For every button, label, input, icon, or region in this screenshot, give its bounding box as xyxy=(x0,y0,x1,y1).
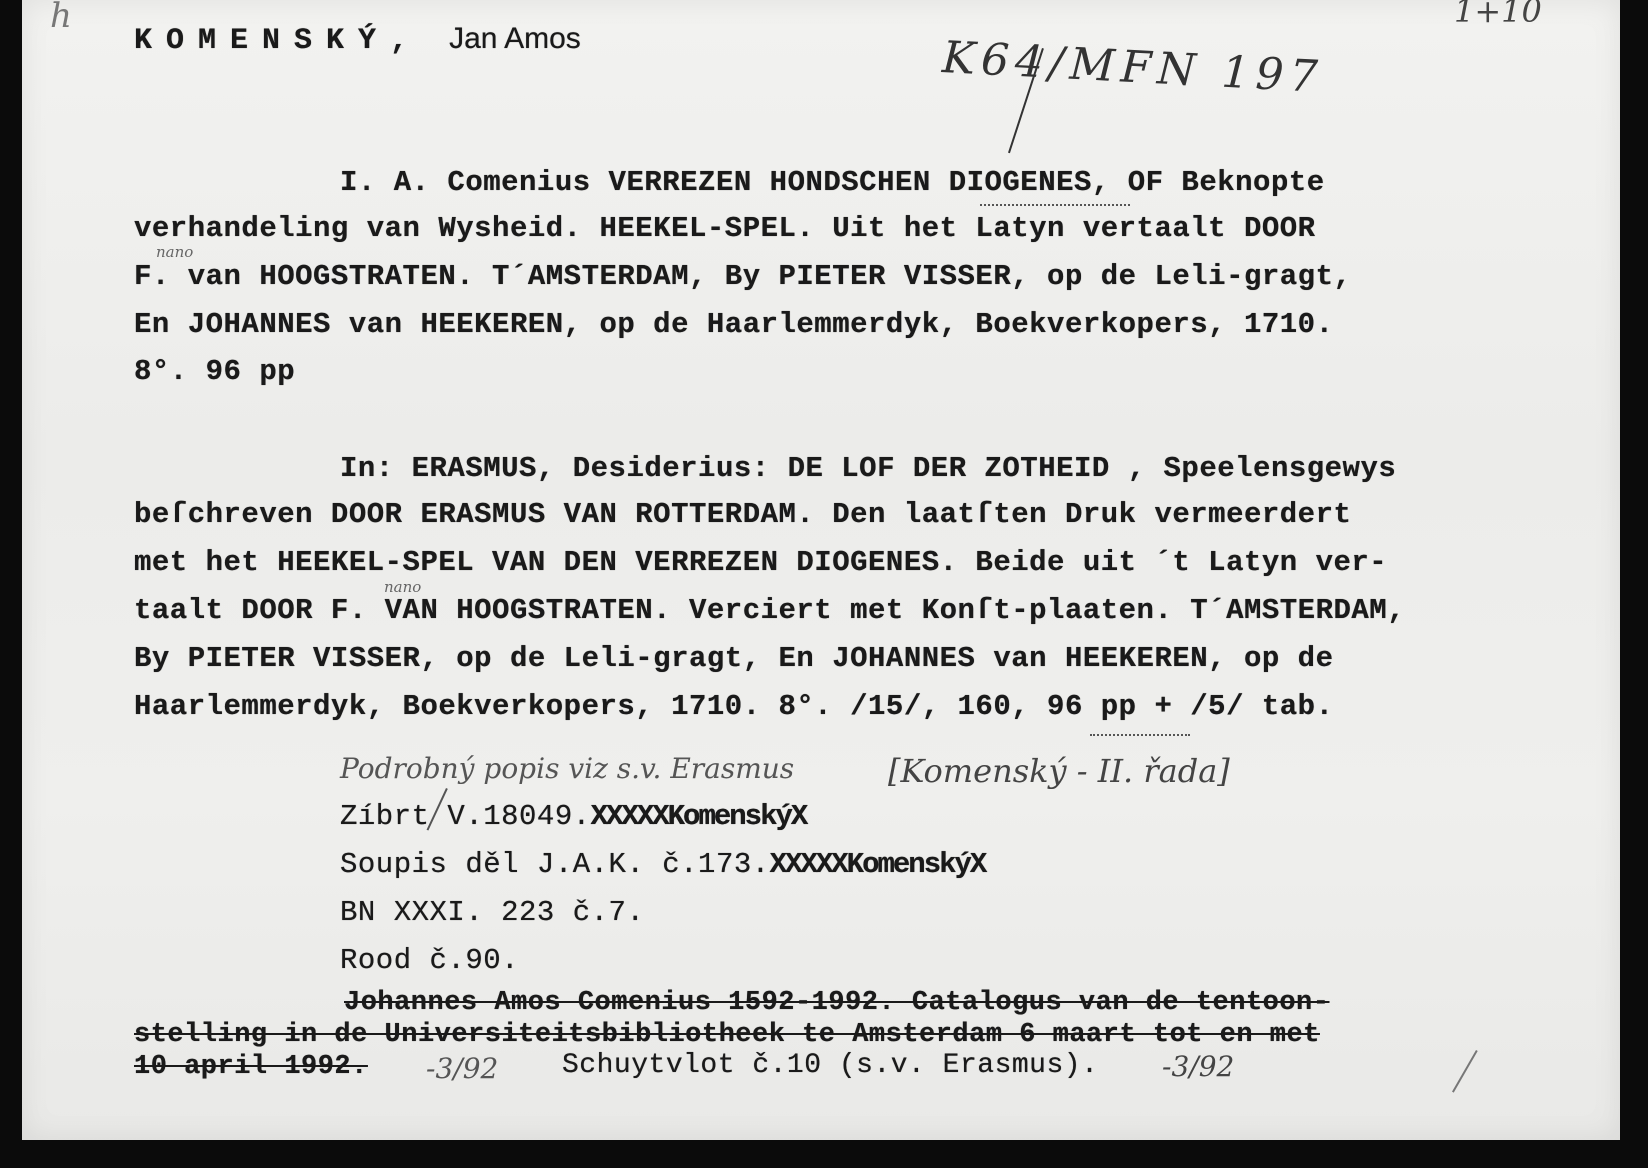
entry2-line: In: ERASMUS, Desiderius: DE LOF DER ZOTH… xyxy=(340,452,1396,485)
card-heading: KOMENSKÝ, Jan Amos xyxy=(134,22,581,58)
handwritten-date-mark-1: -3/92 xyxy=(426,1052,498,1085)
corner-pencil-stroke xyxy=(1452,1050,1478,1093)
entry1-line: verhandeling van Wysheid. HEEKEL-SPEL. U… xyxy=(134,212,1316,245)
reference-bn: BN XXXI. 223 č.7. xyxy=(340,896,644,929)
reference-struck-suffix: XXXXXKomenskýX xyxy=(591,800,807,833)
entry2-line: met het HEEKEL-SPEL VAN DEN VERREZEN DIO… xyxy=(134,546,1387,579)
handwritten-shelf-mark: K64/MFN 197 xyxy=(941,32,1325,103)
struck-catalogue-line: Johannes Amos Comenius 1592-1992. Catalo… xyxy=(344,988,1329,1018)
heading-given-name: Jan Amos xyxy=(449,22,581,55)
reference-text: Soupis děl J.A.K. č.173. xyxy=(340,848,770,881)
reference-text: Zíbrt V.18049. xyxy=(340,800,591,833)
entry2-line: Haarlemmerdyk, Boekverkopers, 1710. 8°. … xyxy=(134,690,1334,723)
catalogue-card: h 1+10 K64/MFN 197 KOMENSKÝ, Jan Amos I.… xyxy=(22,0,1620,1140)
entry2-line: beſchreven DOOR ERASMUS VAN ROTTERDAM. D… xyxy=(134,498,1351,531)
handwritten-bracket-note: [Komenský - II. řada] xyxy=(888,752,1230,790)
reference-zibrt: Zíbrt V.18049.XXXXXKomenskýX xyxy=(340,800,806,833)
entry1-line: F. van HOOGSTRATEN. T´AMSTERDAM, By PIET… xyxy=(134,260,1351,293)
entry1-line: 8°. 96 pp xyxy=(134,355,295,388)
entry1-line: I. A. Comenius VERREZEN HONDSCHEN DIOGEN… xyxy=(340,166,1325,199)
reference-rood: Rood č.90. xyxy=(340,944,519,977)
heading-surname: KOMENSKÝ xyxy=(134,24,390,58)
handwritten-detail-note: Podrobný popis viz s.v. Erasmus xyxy=(340,752,794,785)
handwritten-name-note-1: nano xyxy=(156,243,193,261)
entry2-line: taalt DOOR F. VAN HOOGSTRATEN. Verciert … xyxy=(134,594,1405,627)
handwritten-top-left-mark: h xyxy=(50,0,72,36)
struck-catalogue-line: 10 april 1992. xyxy=(134,1052,368,1082)
handwritten-top-right-mark: 1+10 xyxy=(1454,0,1542,30)
entry2-line: By PIETER VISSER, op de Leli-gragt, En J… xyxy=(134,642,1334,675)
reference-struck-suffix: XXXXXKomenskýX xyxy=(770,848,986,881)
final-reference: Schuytvlot č.10 (s.v. Erasmus). xyxy=(562,1050,1098,1081)
heading-separator: , xyxy=(390,24,409,58)
struck-catalogue-line: stelling in de Universiteitsbibliotheek … xyxy=(134,1020,1320,1050)
diogenes-underline xyxy=(980,198,1130,206)
pages-underline xyxy=(1090,728,1190,736)
handwritten-date-mark-2: -3/92 xyxy=(1162,1050,1234,1083)
entry1-line: En JOHANNES van HEEKEREN, op de Haarlemm… xyxy=(134,308,1334,341)
reference-soupis: Soupis děl J.A.K. č.173.XXXXXKomenskýX xyxy=(340,848,985,881)
